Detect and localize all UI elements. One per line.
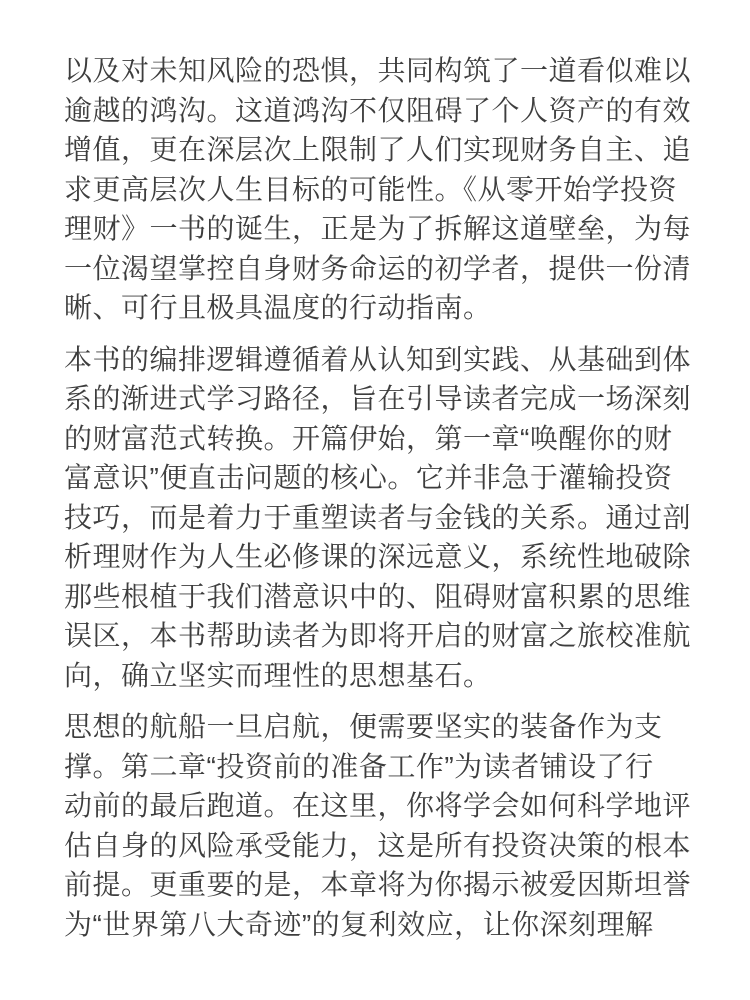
text-line: 为“世界第八大奇迹”的复利效应，让你深刻理解 [64,905,692,945]
text-line: 理财》一书的诞生，正是为了拆解这道壁垒，为每 [64,209,692,249]
text-line: 技巧，而是着力于重塑读者与金钱的关系。通过剖 [64,498,692,538]
text-line: 那些根植于我们潜意识中的、阻碍财富积累的思维 [64,577,692,617]
text-line: 前提。更重要的是，本章将为你揭示被爱因斯坦誉 [64,865,692,905]
text-line: 向，确立坚实而理性的思想基石。 [64,656,692,696]
text-line: 系的渐进式学习路径，旨在引导读者完成一场深刻 [64,379,692,419]
text-line: 本书的编排逻辑遵循着从认知到实践、从基础到体 [64,340,692,380]
text-line: 动前的最后跑道。在这里，你将学会如何科学地评 [64,786,692,826]
text-line: 析理财作为人生必修课的深远意义，系统性地破除 [64,537,692,577]
text-line: 误区，本书帮助读者为即将开启的财富之旅校准航 [64,616,692,656]
text-line: 晰、可行且极具温度的行动指南。 [64,288,692,328]
text-line: 的财富范式转换。开篇伊始，第一章“唤醒你的财 [64,419,692,459]
paragraph: 本书的编排逻辑遵循着从认知到实践、从基础到体 系的渐进式学习路径，旨在引导读者完… [64,340,692,696]
text-line: 一位渴望掌控自身财务命运的初学者，提供一份清 [64,249,692,289]
text-line: 求更高层次人生目标的可能性。《从零开始学投资 [64,170,692,210]
paragraph: 以及对未知风险的恐惧，共同构筑了一道看似难以 逾越的鸿沟。这道鸿沟不仅阻碍了个人… [64,51,692,328]
text-line: 思想的航船一旦启航，便需要坚实的装备作为支 [64,707,692,747]
text-line: 逾越的鸿沟。这道鸿沟不仅阻碍了个人资产的有效 [64,91,692,131]
text-line: 增值，更在深层次上限制了人们实现财务自主、追 [64,130,692,170]
text-line: 估自身的风险承受能力，这是所有投资决策的根本 [64,826,692,866]
paragraph: 思想的航船一旦启航，便需要坚实的装备作为支 撑。第二章“投资前的准备工作”为读者… [64,707,692,944]
document-page: 以及对未知风险的恐惧，共同构筑了一道看似难以 逾越的鸿沟。这道鸿沟不仅阻碍了个人… [0,0,750,1000]
text-line: 以及对未知风险的恐惧，共同构筑了一道看似难以 [64,51,692,91]
text-line: 富意识”便直击问题的核心。它并非急于灌输投资 [64,458,692,498]
text-line: 撑。第二章“投资前的准备工作”为读者铺设了行 [64,747,692,787]
